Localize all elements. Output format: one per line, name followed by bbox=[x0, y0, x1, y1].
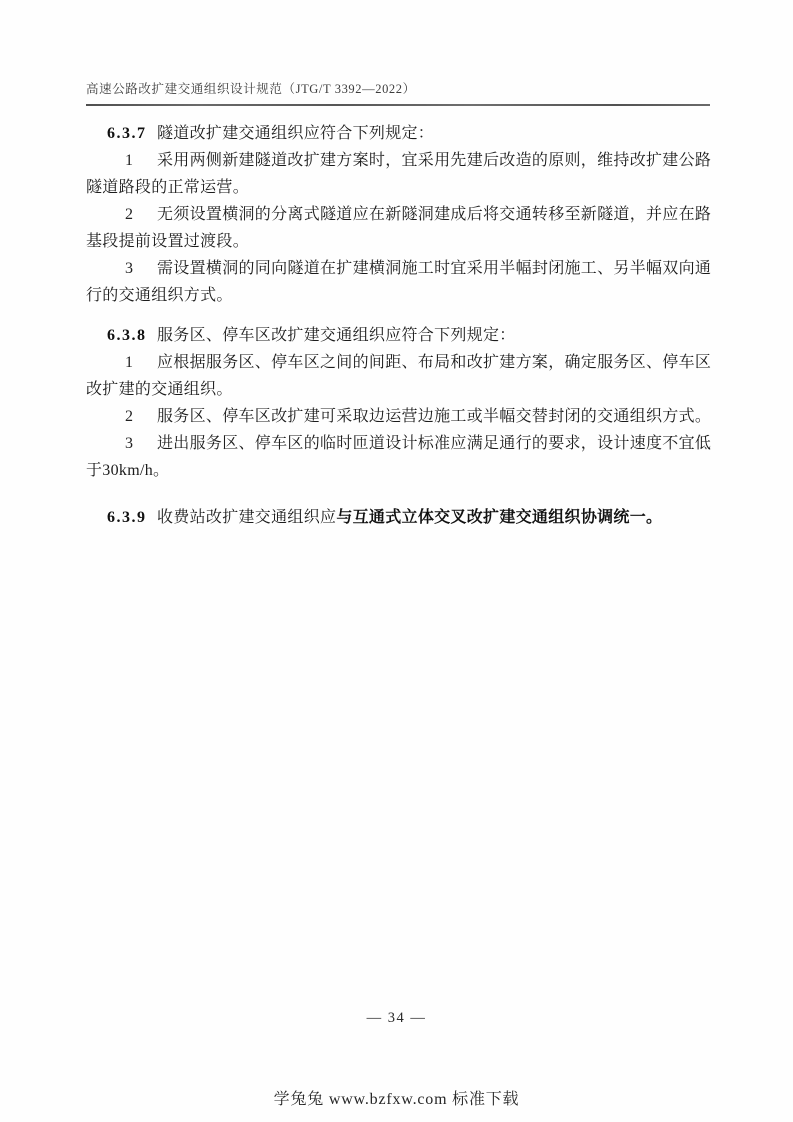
document-page: 高速公路改扩建交通组织设计规范（JTG/T 3392—2022） 6.3.7隧道… bbox=[0, 0, 793, 1122]
paragraph-line: 于30km/h。 bbox=[86, 457, 710, 484]
paragraph-line: 服务区、停车区改扩建可采取边运营边施工或半幅交替封闭的交通组织方式。 bbox=[157, 408, 711, 425]
paragraph-line: 基段提前设置过渡段。 bbox=[86, 228, 710, 255]
paragraph-line: 行的交通组织方式。 bbox=[86, 282, 710, 309]
section-number: 6.3.8 bbox=[107, 322, 157, 349]
section-heading-text: 收费站改扩建交通组织应 bbox=[157, 509, 336, 526]
running-header-title: 高速公路改扩建交通组织设计规范（JTG/T 3392—2022） bbox=[86, 82, 710, 97]
section-heading-text: 服务区、停车区改扩建交通组织应符合下列规定： bbox=[157, 327, 516, 344]
section-heading-row: 6.3.8服务区、停车区改扩建交通组织应符合下列规定： bbox=[86, 322, 710, 349]
header-divider bbox=[86, 104, 710, 106]
item-number: 1 bbox=[125, 147, 157, 174]
list-item: 2无须设置横洞的分离式隧道应在新隧洞建成后将交通转移至新隧道，并应在路 bbox=[86, 201, 710, 228]
item-number: 3 bbox=[125, 430, 157, 457]
paragraph-line: 无须设置横洞的分离式隧道应在新隧洞建成后将交通转移至新隧道，并应在路 bbox=[157, 206, 711, 223]
section-6-3-7: 6.3.7隧道改扩建交通组织应符合下列规定： 1采用两侧新建隧道改扩建方案时，宜… bbox=[86, 120, 710, 309]
item-number: 1 bbox=[125, 349, 157, 376]
paragraph-line: 采用两侧新建隧道改扩建方案时，宜采用先建后改造的原则，维持改扩建公路 bbox=[157, 152, 711, 169]
list-item: 2服务区、停车区改扩建可采取边运营边施工或半幅交替封闭的交通组织方式。 bbox=[86, 403, 710, 430]
section-heading-row: 6.3.7隧道改扩建交通组织应符合下列规定： bbox=[86, 120, 710, 147]
section-6-3-8: 6.3.8服务区、停车区改扩建交通组织应符合下列规定： 1应根据服务区、停车区之… bbox=[86, 322, 710, 484]
section-number: 6.3.7 bbox=[107, 120, 157, 147]
item-number: 2 bbox=[125, 403, 157, 430]
section-heading-text-emphasis: 与互通式立体交叉改扩建交通组织协调统一。 bbox=[336, 509, 662, 526]
watermark-footer: 学兔兔 www.bzfxw.com 标准下载 bbox=[0, 1086, 793, 1109]
list-item: 3需设置横洞的同向隧道在扩建横洞施工时宜采用半幅封闭施工、另半幅双向通 bbox=[86, 255, 710, 282]
section-heading-row: 6.3.9收费站改扩建交通组织应与互通式立体交叉改扩建交通组织协调统一。 bbox=[86, 504, 710, 531]
paragraph-line: 需设置横洞的同向隧道在扩建横洞施工时宜采用半幅封闭施工、另半幅双向通 bbox=[157, 260, 711, 277]
paragraph-line: 改扩建的交通组织。 bbox=[86, 376, 710, 403]
list-item: 1采用两侧新建隧道改扩建方案时，宜采用先建后改造的原则，维持改扩建公路 bbox=[86, 147, 710, 174]
paragraph-line: 进出服务区、停车区的临时匝道设计标准应满足通行的要求，设计速度不宜低 bbox=[157, 435, 711, 452]
item-number: 3 bbox=[125, 255, 157, 282]
section-6-3-9: 6.3.9收费站改扩建交通组织应与互通式立体交叉改扩建交通组织协调统一。 bbox=[86, 504, 710, 531]
paragraph-line: 应根据服务区、停车区之间的间距、布局和改扩建方案，确定服务区、停车区 bbox=[157, 354, 711, 371]
item-number: 2 bbox=[125, 201, 157, 228]
running-header: 高速公路改扩建交通组织设计规范（JTG/T 3392—2022） bbox=[86, 82, 710, 106]
section-heading-text: 隧道改扩建交通组织应符合下列规定： bbox=[157, 125, 434, 142]
page-content: 高速公路改扩建交通组织设计规范（JTG/T 3392—2022） 6.3.7隧道… bbox=[86, 82, 710, 531]
page-number: — 34 — bbox=[0, 1010, 793, 1027]
paragraph-line: 隧道路段的正常运营。 bbox=[86, 174, 710, 201]
list-item: 3进出服务区、停车区的临时匝道设计标准应满足通行的要求，设计速度不宜低 bbox=[86, 430, 710, 457]
list-item: 1应根据服务区、停车区之间的间距、布局和改扩建方案，确定服务区、停车区 bbox=[86, 349, 710, 376]
section-number: 6.3.9 bbox=[107, 504, 157, 531]
